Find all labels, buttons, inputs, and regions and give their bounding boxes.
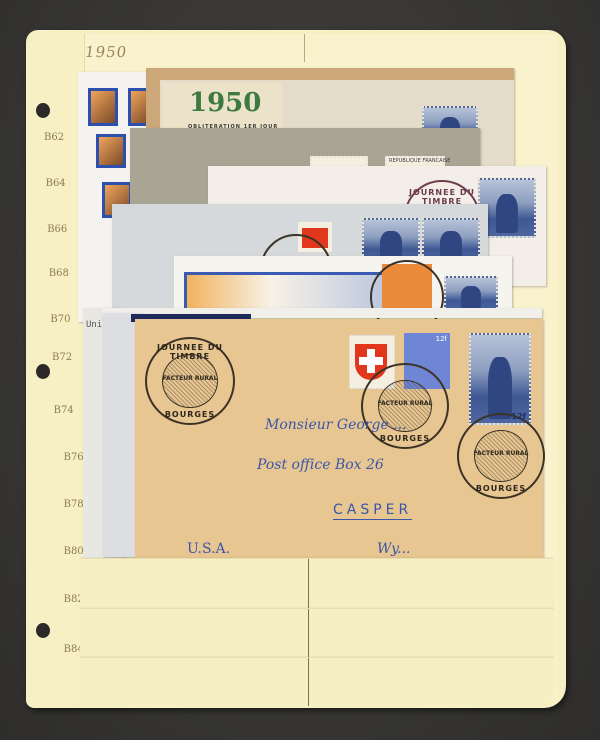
postmark-center-text: FACTEUR RURAL <box>147 375 233 382</box>
pocket-strip-1 <box>80 558 554 609</box>
address-line-city: CASPER <box>333 502 412 520</box>
main-cover: JOURNEE DU TIMBRE FACTEUR RURAL BOURGES … <box>135 319 543 559</box>
pocket-strip-3 <box>80 657 554 706</box>
postmark-journee-du-timbre: JOURNEE DU TIMBRE FACTEUR RURAL BOURGES <box>145 337 235 425</box>
binder-label: B80 <box>64 546 84 557</box>
binder-label: B78 <box>64 499 84 510</box>
binder-label: B76 <box>64 452 84 463</box>
postmark-center-text: FACTEUR RURAL <box>363 400 447 407</box>
handwritten-year-note: 1950 <box>84 43 129 61</box>
binder-label: B66 <box>47 224 67 235</box>
cover-orange-stamp <box>174 256 512 312</box>
address-line-state: Wy... <box>377 541 410 557</box>
address-line-name: Monsieur George ... <box>265 417 407 433</box>
postmark-on-stamps: FACTEUR RURAL BOURGES <box>361 363 449 449</box>
binder-label: B62 <box>44 132 64 143</box>
address-line-po-box: Post office Box 26 <box>257 457 384 473</box>
binder-label: B70 <box>50 314 70 325</box>
binder-label: B64 <box>46 178 66 189</box>
postmark-center-text: FACTEUR RURAL <box>459 450 543 457</box>
binder-hole-bottom <box>36 623 50 638</box>
gray-cover-stamp-text: REPUBLIQUE FRANCAISE <box>389 158 450 164</box>
vignette-stamp <box>88 88 118 126</box>
postmark-bottom-text: BOURGES <box>459 484 543 493</box>
vignette-stamp <box>96 134 126 168</box>
binder-label: B68 <box>49 268 69 279</box>
soldier-stamp <box>444 276 498 312</box>
postmark-bottom-text: BOURGES <box>363 434 447 443</box>
pocket-strip-2 <box>80 608 554 658</box>
page-divider-top <box>304 34 305 62</box>
postmark-bottom-text: BOURGES <box>147 410 233 419</box>
fdc-year: 1950 <box>189 88 261 118</box>
binder-label: B72 <box>52 352 72 363</box>
binder-hole-middle <box>36 364 50 379</box>
binder-label: B74 <box>54 405 74 416</box>
postmark-top-text: JOURNEE DU TIMBRE <box>147 343 233 361</box>
address-line-country: U.S.A. <box>187 541 230 557</box>
marianne-value: 12f <box>436 335 447 343</box>
binder-hole-top <box>36 103 50 118</box>
side-cover-text: Uni <box>86 320 102 330</box>
soldier-stamp-value: 12f <box>511 412 526 421</box>
postmark-right: FACTEUR RURAL BOURGES <box>457 413 545 499</box>
soldier-stamp-large: 12f <box>469 333 531 425</box>
